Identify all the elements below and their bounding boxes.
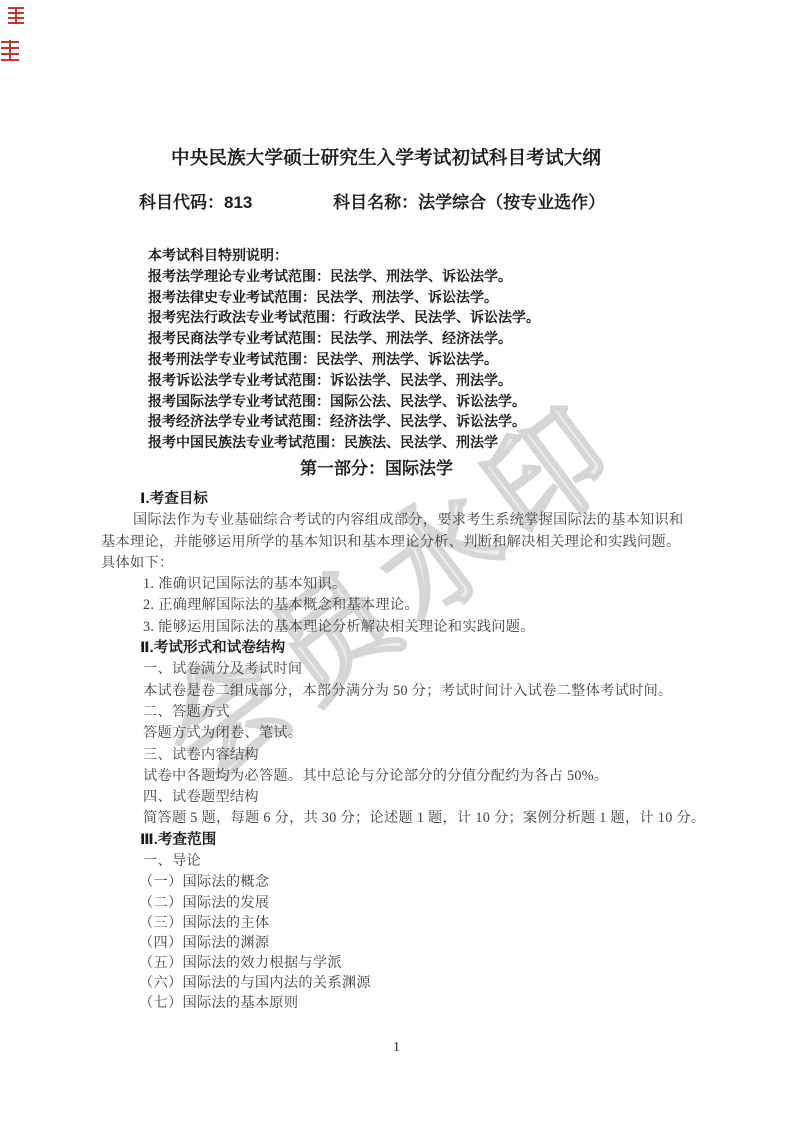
red-corner-mark-bottom xyxy=(1,40,19,61)
objective-item-1: 1. 准确识记国际法的基本知识。 xyxy=(101,574,707,595)
document-page: 会员水印 中央民族大学硕士研究生入学考试初试科目考试大纲 科目代码：813 科目… xyxy=(0,0,793,1122)
special-note-item: 报考诉讼法学专业考试范围：诉讼法学、民法学、刑法学。 xyxy=(148,370,540,391)
subsection-text: 答题方式为闭卷、笔试。 xyxy=(101,723,707,744)
subject-code: 科目代码：813 xyxy=(139,193,252,212)
scope-list-item: （五）国际法的效力根据与学派 xyxy=(101,953,707,973)
subsection-title: 三、试卷内容结构 xyxy=(101,745,707,766)
special-notes-heading: 本考试科目特别说明： xyxy=(148,245,540,266)
scope-list-item: （二）国际法的发展 xyxy=(101,893,707,913)
special-note-item: 报考国际法学专业考试范围：国际公法、民法学、诉讼法学。 xyxy=(148,391,540,412)
special-note-item: 报考中国民族法专业考试范围：民族法、民法学、刑法学 xyxy=(148,432,540,453)
special-note-item: 报考经济法学专业考试范围：经济法学、民法学、诉讼法学。 xyxy=(148,411,540,432)
paragraph-line: 国际法作为专业基础综合考试的内容组成部分，要求考生系统掌握国际法的基本知识和 xyxy=(101,510,707,531)
special-note-item: 报考刑法学专业考试范围：民法学、刑法学、诉讼法学。 xyxy=(148,349,540,370)
special-notes: 本考试科目特别说明： 报考法学理论专业考试范围：民法学、刑法学、诉讼法学。 报考… xyxy=(148,245,540,453)
scope-list-item: （四）国际法的渊源 xyxy=(101,933,707,953)
page-number: 1 xyxy=(0,1040,793,1056)
part-title: 第一部分：国际法学 xyxy=(300,454,453,479)
section-heading-2: Ⅱ.考试形式和试卷结构 xyxy=(101,638,707,659)
red-corner-mark-top xyxy=(8,7,24,24)
paragraph-line: 基本理论，并能够运用所学的基本知识和基本理论分析、判断和解决相关理论和实践问题。 xyxy=(101,532,707,553)
body-block: Ⅰ.考查目标 国际法作为专业基础综合考试的内容组成部分，要求考生系统掌握国际法的… xyxy=(101,489,707,1014)
section-heading-3: Ⅲ.考查范围 xyxy=(101,830,707,851)
subsection-title: 一、试卷满分及考试时间 xyxy=(101,659,707,680)
special-note-item: 报考法学理论专业考试范围：民法学、刑法学、诉讼法学。 xyxy=(148,266,540,287)
subsection-title: 四、试卷题型结构 xyxy=(101,787,707,808)
scope-list-item: （七）国际法的基本原则 xyxy=(101,993,707,1013)
subsection-text: 简答题 5 题，每题 6 分，共 30 分；论述题 1 题，计 10 分；案例分… xyxy=(101,808,707,829)
scope-list-item: （三）国际法的主体 xyxy=(101,913,707,933)
scope-chapter-title: 一、导论 xyxy=(101,851,707,872)
special-note-item: 报考法律史专业考试范围：民法学、刑法学、诉讼法学。 xyxy=(148,287,540,308)
objective-item-3: 3. 能够运用国际法的基本理论分析解决相关理论和实践问题。 xyxy=(101,617,707,638)
scope-list-item: （一）国际法的概念 xyxy=(101,872,707,892)
section-heading-1: Ⅰ.考查目标 xyxy=(101,489,707,510)
subsection-text: 本试卷是卷二组成部分，本部分满分为 50 分；考试时间计入试卷二整体考试时间。 xyxy=(101,681,707,702)
special-note-item: 报考宪法行政法专业考试范围：行政法学、民法学、诉讼法学。 xyxy=(148,307,540,328)
subsection-title: 二、答题方式 xyxy=(101,702,707,723)
subject-name: 科目名称：法学综合（按专业选作） xyxy=(333,193,605,212)
subject-line: 科目代码：813 科目名称：法学综合（按专业选作） xyxy=(139,188,605,213)
scope-list-item: （六）国际法的与国内法的关系渊源 xyxy=(101,973,707,993)
paragraph-line: 具体如下： xyxy=(101,553,707,574)
document-content: 中央民族大学硕士研究生入学考试初试科目考试大纲 科目代码：813 科目名称：法学… xyxy=(0,0,793,1122)
special-note-item: 报考民商法学专业考试范围：民法学、刑法学、经济法学。 xyxy=(148,328,540,349)
document-title: 中央民族大学硕士研究生入学考试初试科目考试大纲 xyxy=(171,144,601,170)
subsection-text: 试卷中各题均为必答题。其中总论与分论部分的分值分配约为各占 50%。 xyxy=(101,766,707,787)
objective-item-2: 2. 正确理解国际法的基本概念和基本理论。 xyxy=(101,595,707,616)
